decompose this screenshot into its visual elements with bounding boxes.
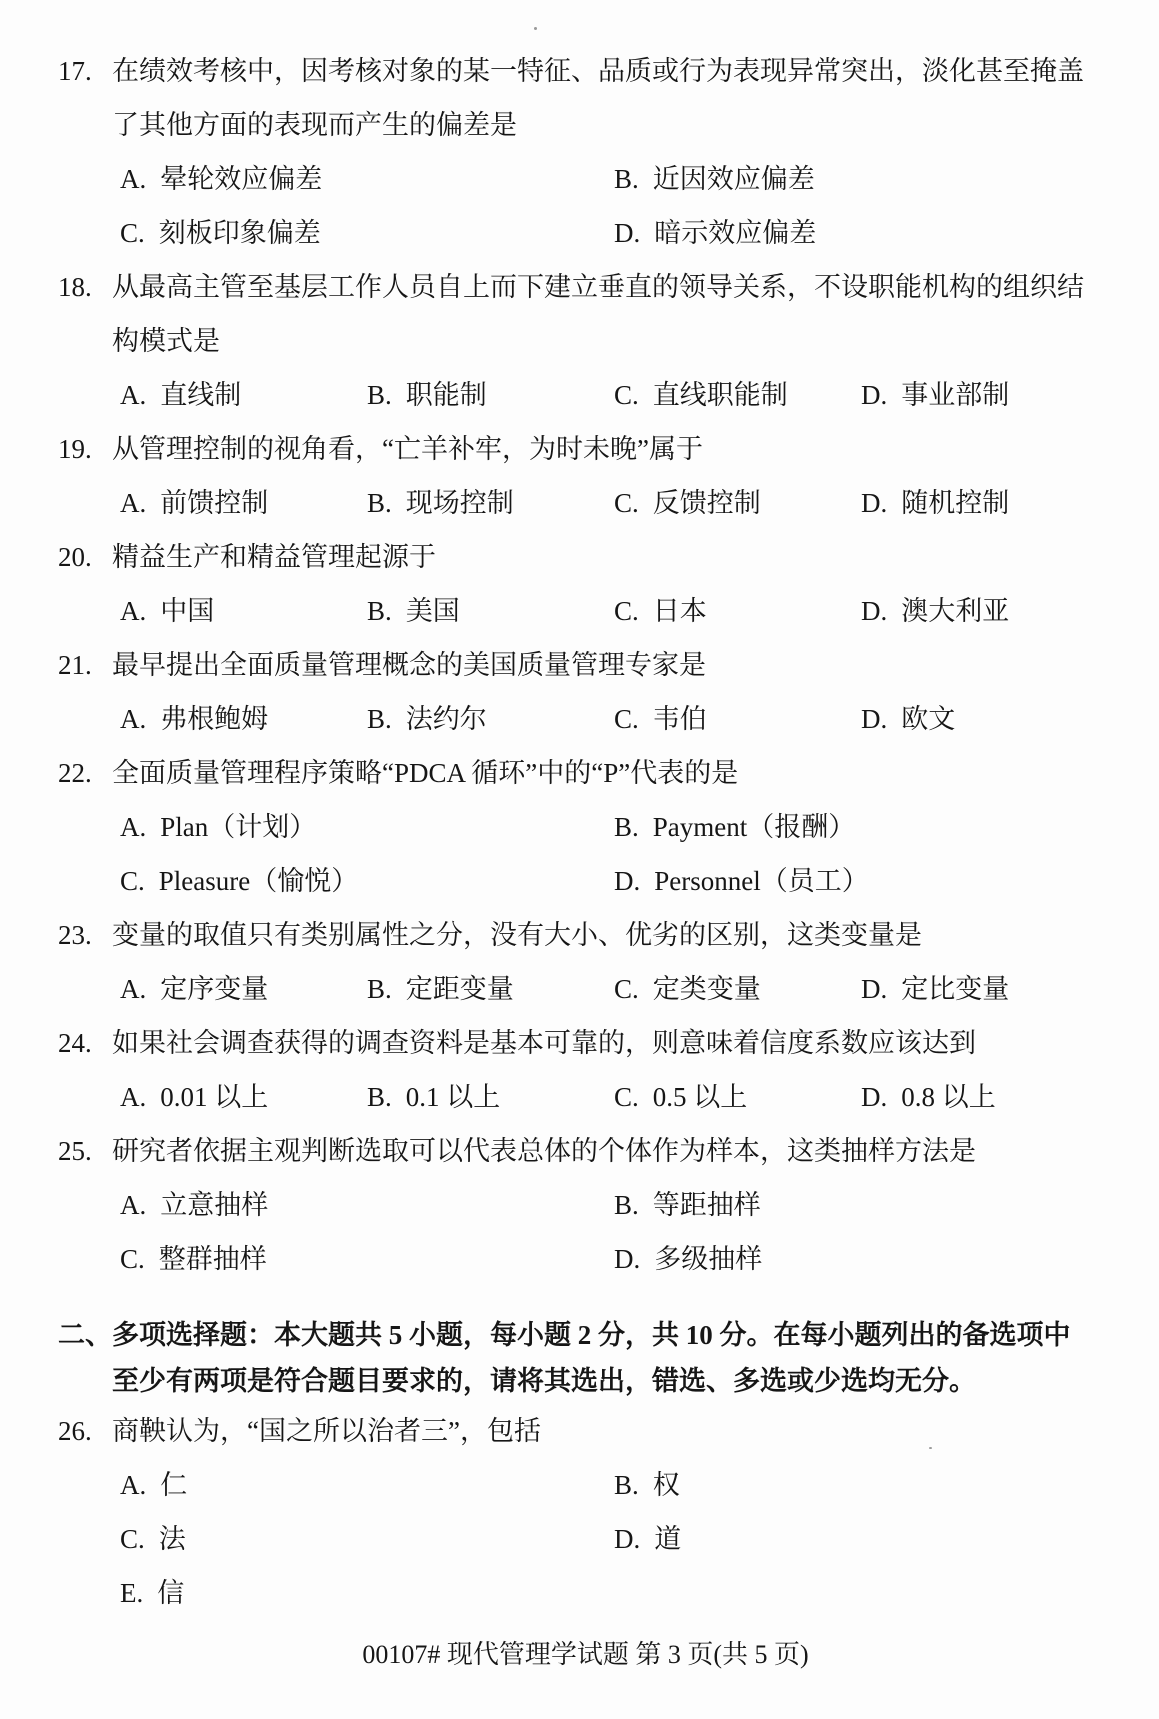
question-number: 26. xyxy=(58,1404,112,1458)
option-text: 中国 xyxy=(160,596,214,626)
question-number: 23. xyxy=(58,908,112,962)
question-text: 变量的取值只有类别属性之分，没有大小、优劣的区别，这类变量是 xyxy=(112,908,922,962)
option-D: D.多级抽样 xyxy=(614,1232,1113,1286)
option-C: C.日本 xyxy=(614,584,861,638)
option-text: 欧文 xyxy=(901,704,955,734)
option-text: 美国 xyxy=(406,596,460,626)
option-E: E.信 xyxy=(120,1566,614,1620)
question-text: 全面质量管理程序策略“PDCA 循环”中的“P”代表的是 xyxy=(112,746,738,800)
option-letter: A. xyxy=(120,596,146,626)
option-C: C.韦伯 xyxy=(614,692,861,746)
option-letter: D. xyxy=(861,1082,887,1112)
options-grid: A.中国B.美国C.日本D.澳大利亚 xyxy=(120,584,1113,638)
question-head: 24.如果社会调查获得的调查资料是基本可靠的，则意味着信度系数应该达到 xyxy=(58,1016,1113,1070)
option-text: 信 xyxy=(157,1578,184,1608)
option-text: 弗根鲍姆 xyxy=(160,704,268,734)
option-B: B.等距抽样 xyxy=(614,1178,1113,1232)
multi-choice-questions: 26.商鞅认为，“国之所以治者三”，包括A.仁B.权C.法D.道E.信 xyxy=(58,1404,1113,1620)
question-head: 20.精益生产和精益管理起源于 xyxy=(58,530,1113,584)
option-B: B.0.1 以上 xyxy=(367,1070,614,1124)
question-text: 如果社会调查获得的调查资料是基本可靠的，则意味着信度系数应该达到 xyxy=(112,1016,976,1070)
option-letter: B. xyxy=(367,704,392,734)
question-20: 20.精益生产和精益管理起源于A.中国B.美国C.日本D.澳大利亚 xyxy=(58,530,1113,638)
question-head: 22.全面质量管理程序策略“PDCA 循环”中的“P”代表的是 xyxy=(58,746,1113,800)
option-text: 权 xyxy=(653,1470,680,1500)
question-25: 25.研究者依据主观判断选取可以代表总体的个体作为样本，这类抽样方法是A.立意抽… xyxy=(58,1124,1113,1286)
option-A: A.中国 xyxy=(120,584,367,638)
option-C: C.定类变量 xyxy=(614,962,861,1016)
option-letter: B. xyxy=(614,164,639,194)
option-letter: D. xyxy=(861,974,887,1004)
question-21: 21.最早提出全面质量管理概念的美国质量管理专家是A.弗根鲍姆B.法约尔C.韦伯… xyxy=(58,638,1113,746)
question-head: 21.最早提出全面质量管理概念的美国质量管理专家是 xyxy=(58,638,1113,692)
option-A: A.定序变量 xyxy=(120,962,367,1016)
option-C: C.整群抽样 xyxy=(120,1232,614,1286)
option-letter: C. xyxy=(120,1524,145,1554)
option-letter: C. xyxy=(614,488,639,518)
option-B: B.法约尔 xyxy=(367,692,614,746)
options-grid: A.定序变量B.定距变量C.定类变量D.定比变量 xyxy=(120,962,1113,1016)
question-24: 24.如果社会调查获得的调查资料是基本可靠的，则意味着信度系数应该达到A.0.0… xyxy=(58,1016,1113,1124)
question-head: 25.研究者依据主观判断选取可以代表总体的个体作为样本，这类抽样方法是 xyxy=(58,1124,1113,1178)
option-D: D.0.8 以上 xyxy=(861,1070,1113,1124)
option-A: A.晕轮效应偏差 xyxy=(120,152,614,206)
option-text: 澳大利亚 xyxy=(901,596,1009,626)
option-text: 0.01 以上 xyxy=(160,1082,268,1112)
option-text: 直线职能制 xyxy=(653,380,788,410)
option-text: 多级抽样 xyxy=(654,1244,762,1274)
question-text: 在绩效考核中，因考核对象的某一特征、品质或行为表现异常突出，淡化甚至掩盖了其他方… xyxy=(112,44,1097,152)
option-A: A.弗根鲍姆 xyxy=(120,692,367,746)
exam-page: 17.在绩效考核中，因考核对象的某一特征、品质或行为表现异常突出，淡化甚至掩盖了… xyxy=(0,0,1159,1719)
option-letter: C. xyxy=(614,1082,639,1112)
option-text: 定比变量 xyxy=(901,974,1009,1004)
option-letter: B. xyxy=(367,488,392,518)
question-number: 19. xyxy=(58,422,112,476)
option-letter: C. xyxy=(614,380,639,410)
option-letter: D. xyxy=(861,488,887,518)
question-head: 23.变量的取值只有类别属性之分，没有大小、优劣的区别，这类变量是 xyxy=(58,908,1113,962)
option-letter: B. xyxy=(614,812,639,842)
option-text: 晕轮效应偏差 xyxy=(160,164,322,194)
option-letter: B. xyxy=(614,1190,639,1220)
option-text: 刻板印象偏差 xyxy=(159,218,321,248)
option-B: B.定距变量 xyxy=(367,962,614,1016)
question-text: 从管理控制的视角看，“亡羊补牢，为时未晚”属于 xyxy=(112,422,703,476)
scan-speck xyxy=(534,27,537,30)
option-letter: B. xyxy=(614,1470,639,1500)
option-text: 0.8 以上 xyxy=(901,1082,996,1112)
option-D: D.随机控制 xyxy=(861,476,1113,530)
option-A: A.立意抽样 xyxy=(120,1178,614,1232)
option-C: C.反馈控制 xyxy=(614,476,861,530)
question-head: 18.从最高主管至基层工作人员自上而下建立垂直的领导关系，不设职能机构的组织结构… xyxy=(58,260,1113,368)
option-text: 暗示效应偏差 xyxy=(654,218,816,248)
question-number: 17. xyxy=(58,44,112,152)
question-number: 18. xyxy=(58,260,112,368)
option-text: 仁 xyxy=(160,1470,187,1500)
option-text: Plan（计划） xyxy=(160,812,316,842)
question-text: 最早提出全面质量管理概念的美国质量管理专家是 xyxy=(112,638,706,692)
question-text: 从最高主管至基层工作人员自上而下建立垂直的领导关系，不设职能机构的组织结构模式是 xyxy=(112,260,1097,368)
option-text: 韦伯 xyxy=(653,704,707,734)
question-number: 25. xyxy=(58,1124,112,1178)
option-text: 法约尔 xyxy=(406,704,487,734)
question-text: 商鞅认为，“国之所以治者三”，包括 xyxy=(112,1404,541,1458)
option-letter: A. xyxy=(120,164,146,194)
question-number: 20. xyxy=(58,530,112,584)
option-D: D.澳大利亚 xyxy=(861,584,1113,638)
question-number: 22. xyxy=(58,746,112,800)
option-C: C.Pleasure（愉悦） xyxy=(120,854,614,908)
options-grid: A.Plan（计划）B.Payment（报酬）C.Pleasure（愉悦）D.P… xyxy=(120,800,1113,908)
options-grid: A.晕轮效应偏差B.近因效应偏差C.刻板印象偏差D.暗示效应偏差 xyxy=(120,152,1113,260)
option-text: 定距变量 xyxy=(406,974,514,1004)
option-letter: D. xyxy=(614,218,640,248)
option-A: A.直线制 xyxy=(120,368,367,422)
option-letter: E. xyxy=(120,1578,143,1608)
option-A: A.0.01 以上 xyxy=(120,1070,367,1124)
option-C: C.直线职能制 xyxy=(614,368,861,422)
option-text: 0.5 以上 xyxy=(653,1082,748,1112)
option-letter: B. xyxy=(367,380,392,410)
question-text: 精益生产和精益管理起源于 xyxy=(112,530,436,584)
option-B: B.近因效应偏差 xyxy=(614,152,1113,206)
question-23: 23.变量的取值只有类别属性之分，没有大小、优劣的区别，这类变量是A.定序变量B… xyxy=(58,908,1113,1016)
option-text: 整群抽样 xyxy=(159,1244,267,1274)
option-text: 反馈控制 xyxy=(653,488,761,518)
option-text: Pleasure（愉悦） xyxy=(159,866,358,896)
option-B: B.现场控制 xyxy=(367,476,614,530)
option-A: A.前馈控制 xyxy=(120,476,367,530)
option-B: B.权 xyxy=(614,1458,1113,1512)
option-A: A.Plan（计划） xyxy=(120,800,614,854)
question-text: 研究者依据主观判断选取可以代表总体的个体作为样本，这类抽样方法是 xyxy=(112,1124,976,1178)
option-letter: A. xyxy=(120,1190,146,1220)
option-B: B.职能制 xyxy=(367,368,614,422)
option-letter: A. xyxy=(120,1470,146,1500)
section-2-header: 二、 多项选择题：本大题共 5 小题，每小题 2 分，共 10 分。在每小题列出… xyxy=(58,1312,1113,1404)
question-head: 19.从管理控制的视角看，“亡羊补牢，为时未晚”属于 xyxy=(58,422,1113,476)
options-grid: A.0.01 以上B.0.1 以上C.0.5 以上D.0.8 以上 xyxy=(120,1070,1113,1124)
option-D: D.事业部制 xyxy=(861,368,1113,422)
option-D: D.定比变量 xyxy=(861,962,1113,1016)
option-letter: C. xyxy=(120,866,145,896)
option-letter: B. xyxy=(367,974,392,1004)
option-letter: C. xyxy=(614,596,639,626)
option-text: 法 xyxy=(159,1524,186,1554)
option-text: 职能制 xyxy=(406,380,487,410)
question-17: 17.在绩效考核中，因考核对象的某一特征、品质或行为表现异常突出，淡化甚至掩盖了… xyxy=(58,44,1113,260)
question-head: 17.在绩效考核中，因考核对象的某一特征、品质或行为表现异常突出，淡化甚至掩盖了… xyxy=(58,44,1113,152)
section-2-label: 二、 xyxy=(58,1312,112,1404)
option-letter: C. xyxy=(614,704,639,734)
single-choice-questions: 17.在绩效考核中，因考核对象的某一特征、品质或行为表现异常突出，淡化甚至掩盖了… xyxy=(58,44,1113,1286)
option-text: 事业部制 xyxy=(901,380,1009,410)
question-head: 26.商鞅认为，“国之所以治者三”，包括 xyxy=(58,1404,1113,1458)
option-text: 定序变量 xyxy=(160,974,268,1004)
option-text: 定类变量 xyxy=(653,974,761,1004)
option-letter: A. xyxy=(120,812,146,842)
option-C: C.法 xyxy=(120,1512,614,1566)
option-text: 直线制 xyxy=(160,380,241,410)
option-text: Payment（报酬） xyxy=(653,812,856,842)
question-18: 18.从最高主管至基层工作人员自上而下建立垂直的领导关系，不设职能机构的组织结构… xyxy=(58,260,1113,422)
option-D: D.欧文 xyxy=(861,692,1113,746)
option-letter: B. xyxy=(367,1082,392,1112)
option-B: B.美国 xyxy=(367,584,614,638)
option-D: D.道 xyxy=(614,1512,1113,1566)
options-grid: A.直线制B.职能制C.直线职能制D.事业部制 xyxy=(120,368,1113,422)
question-number: 21. xyxy=(58,638,112,692)
option-letter: D. xyxy=(614,1244,640,1274)
question-26: 26.商鞅认为，“国之所以治者三”，包括A.仁B.权C.法D.道E.信 xyxy=(58,1404,1113,1620)
option-text: 等距抽样 xyxy=(653,1190,761,1220)
option-letter: A. xyxy=(120,380,146,410)
question-19: 19.从管理控制的视角看，“亡羊补牢，为时未晚”属于A.前馈控制B.现场控制C.… xyxy=(58,422,1113,530)
options-grid: A.弗根鲍姆B.法约尔C.韦伯D.欧文 xyxy=(120,692,1113,746)
option-text: 立意抽样 xyxy=(160,1190,268,1220)
options-grid: A.仁B.权C.法D.道E.信 xyxy=(120,1458,1113,1620)
option-letter: C. xyxy=(120,1244,145,1274)
option-text: 日本 xyxy=(653,596,707,626)
option-D: D.Personnel（员工） xyxy=(614,854,1113,908)
option-C: C.0.5 以上 xyxy=(614,1070,861,1124)
options-grid: A.立意抽样B.等距抽样C.整群抽样D.多级抽样 xyxy=(120,1178,1113,1286)
option-text: 现场控制 xyxy=(406,488,514,518)
option-A: A.仁 xyxy=(120,1458,614,1512)
question-number: 24. xyxy=(58,1016,112,1070)
option-C: C.刻板印象偏差 xyxy=(120,206,614,260)
question-22: 22.全面质量管理程序策略“PDCA 循环”中的“P”代表的是A.Plan（计划… xyxy=(58,746,1113,908)
option-text: 0.1 以上 xyxy=(406,1082,501,1112)
option-text: 前馈控制 xyxy=(160,488,268,518)
option-letter: D. xyxy=(614,1524,640,1554)
option-letter: D. xyxy=(861,596,887,626)
option-letter: A. xyxy=(120,704,146,734)
option-letter: D. xyxy=(614,866,640,896)
option-letter: D. xyxy=(861,380,887,410)
option-D: D.暗示效应偏差 xyxy=(614,206,1113,260)
option-letter: B. xyxy=(367,596,392,626)
scan-speck xyxy=(929,1447,932,1449)
option-B: B.Payment（报酬） xyxy=(614,800,1113,854)
option-text: 道 xyxy=(654,1524,681,1554)
option-letter: A. xyxy=(120,974,146,1004)
option-text: 随机控制 xyxy=(901,488,1009,518)
option-letter: C. xyxy=(614,974,639,1004)
option-letter: A. xyxy=(120,1082,146,1112)
page-footer: 00107# 现代管理学试题 第 3 页(共 5 页) xyxy=(58,1628,1113,1682)
option-letter: D. xyxy=(861,704,887,734)
option-text: Personnel（员工） xyxy=(654,866,868,896)
option-letter: C. xyxy=(120,218,145,248)
option-text: 近因效应偏差 xyxy=(653,164,815,194)
options-grid: A.前馈控制B.现场控制C.反馈控制D.随机控制 xyxy=(120,476,1113,530)
section-2-instructions: 多项选择题：本大题共 5 小题，每小题 2 分，共 10 分。在每小题列出的备选… xyxy=(112,1312,1097,1404)
option-letter: A. xyxy=(120,488,146,518)
